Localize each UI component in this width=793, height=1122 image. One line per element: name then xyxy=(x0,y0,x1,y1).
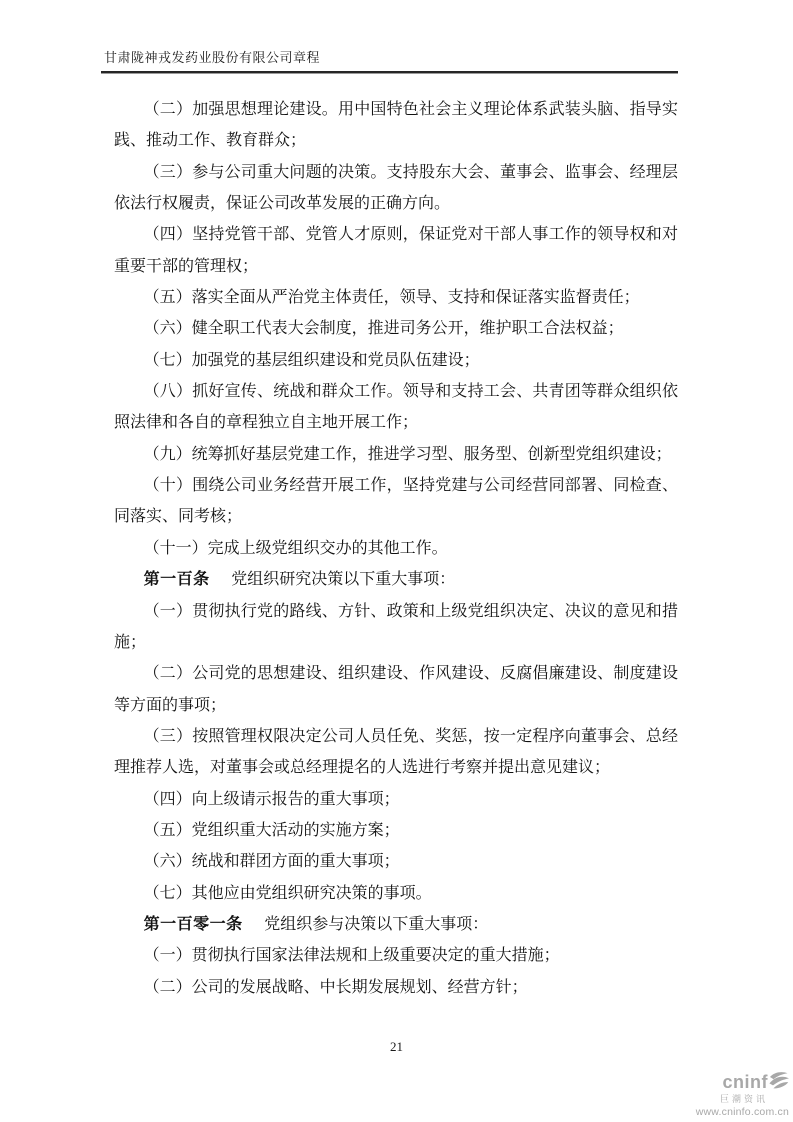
paragraph: （三）参与公司重大问题的决策。支持股东大会、董事会、监事会、经理层依法行权履责，… xyxy=(114,157,678,220)
paragraph: （五）党组织重大活动的实施方案； xyxy=(114,815,678,846)
paragraph: （四）向上级请示报告的重大事项； xyxy=(114,784,678,815)
article-heading: 第一百条党组织研究决策以下重大事项： xyxy=(114,564,678,595)
paragraph: （六）统战和群团方面的重大事项； xyxy=(114,846,678,877)
paragraph: （八）抓好宣传、统战和群众工作。领导和支持工会、共青团等群众组织依照法律和各自的… xyxy=(114,376,678,439)
header-divider xyxy=(101,71,678,74)
cninfo-chinese-name: 巨潮资讯 xyxy=(693,1095,789,1104)
document-body: （二）加强思想理论建设。用中国特色社会主义理论体系武装头脑、指导实践、推动工作、… xyxy=(114,94,678,1003)
cninfo-swirl-icon xyxy=(769,1071,789,1093)
article-number: 第一百条 xyxy=(144,571,210,588)
paragraph: （十一）完成上级党组织交办的其他工作。 xyxy=(114,533,678,564)
paragraph: （六）健全职工代表大会制度，推进司务公开，维护职工合法权益； xyxy=(114,313,678,344)
page-number: 21 xyxy=(0,1039,793,1055)
paragraph: （一）贯彻执行党的路线、方针、政策和上级党组织决定、决议的意见和措施； xyxy=(114,596,678,659)
cninfo-logo-text: cninf xyxy=(723,1073,769,1091)
paragraph: （四）坚持党管干部、党管人才原则，保证党对干部人事工作的领导权和对重要干部的管理… xyxy=(114,219,678,282)
paragraph: （二）公司的发展战略、中长期发展规划、经营方针； xyxy=(114,972,678,1003)
article-number: 第一百零一条 xyxy=(144,916,243,933)
cninfo-url: www.cninfo.com.cn xyxy=(693,1107,789,1118)
paragraph: （九）统筹抓好基层党建工作，推进学习型、服务型、创新型党组织建设； xyxy=(114,439,678,470)
paragraph: （七）其他应由党组织研究决策的事项。 xyxy=(114,878,678,909)
document-header-title: 甘肃陇神戎发药业股份有限公司章程 xyxy=(104,47,320,66)
cninfo-watermark: cninf 巨潮资讯 www.cninfo.com.cn xyxy=(693,1071,789,1118)
paragraph: （七）加强党的基层组织建设和党员队伍建设； xyxy=(114,345,678,376)
article-title-text: 党组织参与决策以下重大事项： xyxy=(264,916,488,933)
paragraph: （三）按照管理权限决定公司人员任免、奖惩，按一定程序向董事会、总经理推荐人选，对… xyxy=(114,721,678,784)
cninfo-logo-row: cninf xyxy=(693,1071,789,1093)
paragraph: （二）公司党的思想建设、组织建设、作风建设、反腐倡廉建设、制度建设等方面的事项； xyxy=(114,658,678,721)
paragraph: （五）落实全面从严治党主体责任，领导、支持和保证落实监督责任； xyxy=(114,282,678,313)
paragraph: （一）贯彻执行国家法律法规和上级重要决定的重大措施； xyxy=(114,940,678,971)
paragraph: （二）加强思想理论建设。用中国特色社会主义理论体系武装头脑、指导实践、推动工作、… xyxy=(114,94,678,157)
paragraph: （十）围绕公司业务经营开展工作，坚持党建与公司经营同部署、同检查、同落实、同考核… xyxy=(114,470,678,533)
article-heading: 第一百零一条党组织参与决策以下重大事项： xyxy=(114,909,678,940)
article-title-text: 党组织研究决策以下重大事项： xyxy=(231,571,455,588)
